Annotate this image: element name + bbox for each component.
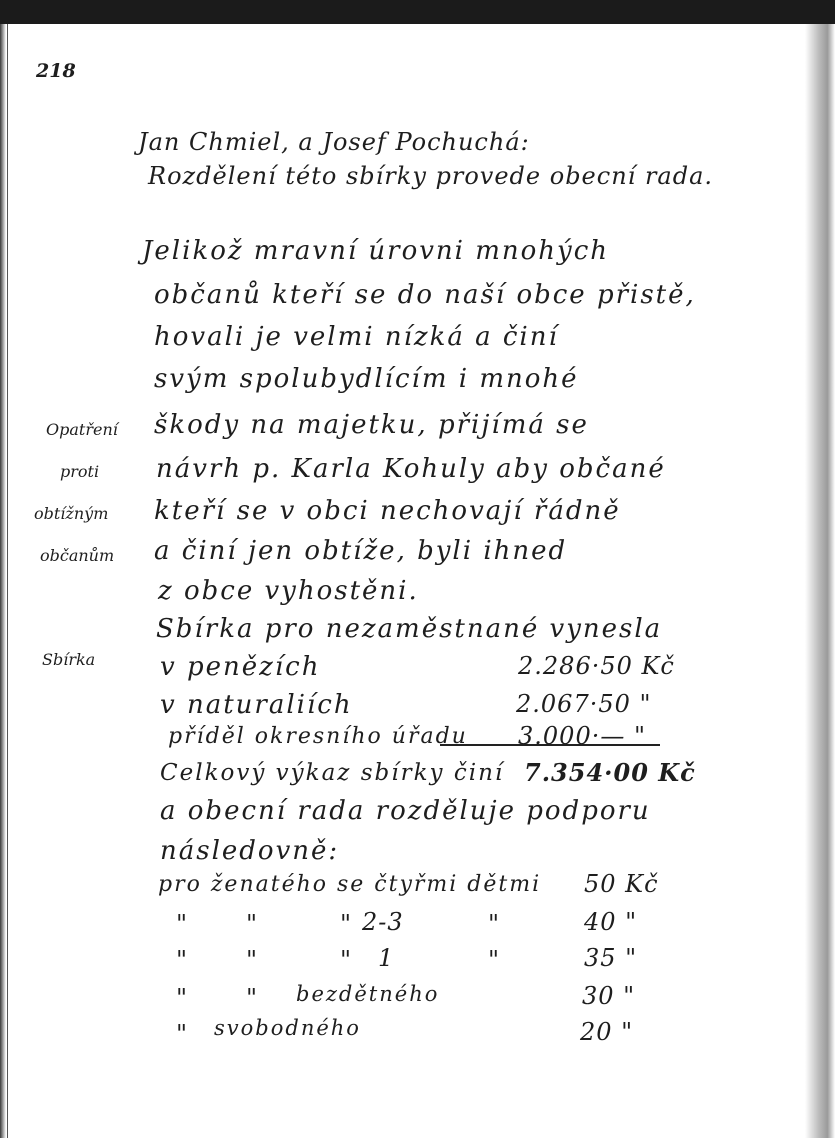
collection-margin-note: Sbírka [42, 650, 95, 669]
scan-binding-shadow [805, 24, 835, 1138]
distribution-amount: 30 " [582, 982, 635, 1010]
collection-total-amount: 7.354·00 Kč [524, 758, 696, 787]
margin-note-line: občanům [40, 546, 114, 565]
resolution-line: Jelikož mravní úrovni mnohých [142, 236, 609, 266]
collection-item-label: v naturaliích [160, 690, 353, 720]
distribution-amount: 40 " [584, 908, 637, 936]
margin-note-line: obtížným [34, 504, 108, 523]
collection-total-label: Celkový výkaz sbírky činí [160, 760, 504, 786]
resolution-line: škody na majetku, přijímá se [154, 410, 589, 440]
resolution-line: návrh p. Karla Kohuly aby občané [156, 454, 666, 484]
ditto-mark: " [176, 984, 188, 1012]
ditto-mark: " [246, 984, 258, 1012]
collection-item-label: příděl okresního úřadu [168, 724, 468, 749]
distribution-intro: a obecní rada rozděluje podporu [160, 796, 651, 826]
distribution-cell: 1 [378, 944, 394, 972]
scan-top-border [0, 0, 835, 24]
ditto-mark: " [176, 946, 188, 974]
resolution-line: kteří se v obci nechovají řádně [154, 496, 621, 526]
ditto-mark: " [488, 946, 500, 974]
margin-note-line: Opatření [46, 420, 118, 439]
distribution-cell: 2-3 [362, 908, 404, 936]
ditto-mark: " [246, 910, 258, 938]
heading-line-2: Rozdělení této sbírky provede obecní rad… [148, 162, 713, 190]
distribution-intro: následovně: [160, 836, 339, 866]
distribution-amount: 50 Kč [584, 870, 659, 898]
distribution-cell: svobodného [214, 1016, 361, 1040]
page-margin-line [7, 24, 8, 1138]
ditto-mark: " [340, 946, 352, 974]
collection-intro: Sbírka pro nezaměstnané vynesla [156, 614, 662, 644]
page-number: 218 [36, 60, 76, 82]
collection-item-amount: 2.286·50 Kč [518, 652, 675, 680]
scan-left-edge [0, 24, 6, 1138]
collection-item-label: v penězích [160, 652, 320, 682]
heading-line-1: Jan Chmiel, a Josef Pochuchá: [138, 128, 530, 156]
resolution-line: hovali je velmi nízká a činí [154, 322, 559, 352]
resolution-line: svým spolubydlícím i mnohé [154, 364, 579, 394]
ditto-mark: " [176, 1020, 188, 1048]
distribution-cell: pro ženatého se čtyřmi dětmi [158, 872, 541, 897]
distribution-amount: 35 " [584, 944, 637, 972]
resolution-line: a činí jen obtíže, byli ihned [154, 536, 567, 566]
ditto-mark: " [340, 910, 352, 938]
ditto-mark: " [488, 910, 500, 938]
ditto-mark: " [176, 910, 188, 938]
collection-item-amount: 2.067·50 " [516, 690, 652, 718]
distribution-cell: bezdětného [296, 982, 439, 1006]
margin-note-line: proti [60, 462, 99, 481]
ditto-mark: " [246, 946, 258, 974]
distribution-amount: 20 " [580, 1018, 633, 1046]
sum-underline [440, 744, 660, 746]
resolution-line: z obce vyhostěni. [158, 576, 419, 606]
resolution-line: občanů kteří se do naší obce přistě, [154, 280, 696, 310]
